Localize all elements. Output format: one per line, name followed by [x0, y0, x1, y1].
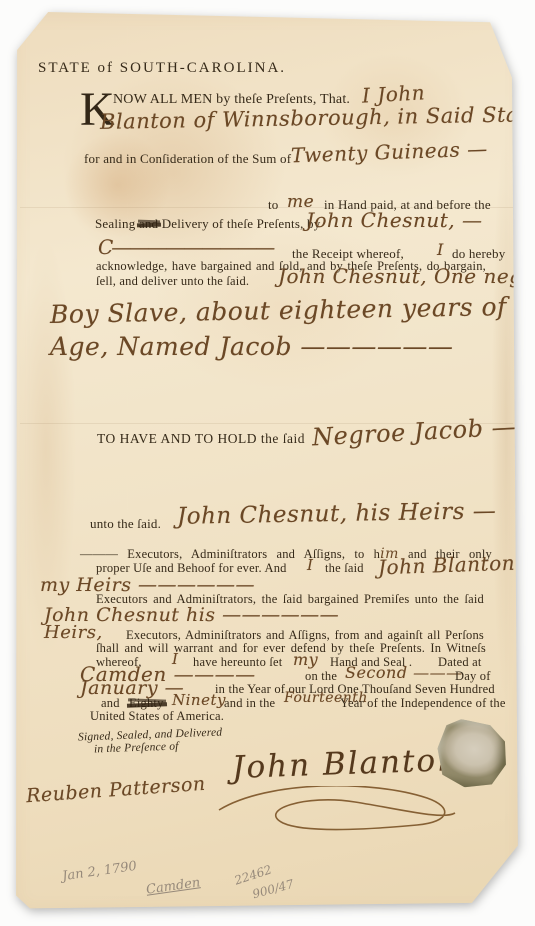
execution-printed-j: Year of the Independence of the	[340, 696, 506, 711]
execution-hand-year: Ninety	[172, 691, 226, 709]
execution-hand-day: Second ———	[345, 663, 463, 682]
warranty-printed-g: ſhall and will warrant and for ever defe…	[96, 641, 486, 656]
struck-word-and: and	[139, 216, 158, 232]
consideration-printed: for and in Conſideration of the Sum of	[84, 151, 291, 167]
to-printed: to	[268, 197, 279, 213]
warranty-dash: ———	[80, 547, 118, 561]
pencil-date: Jan 2, 1790	[61, 859, 137, 884]
warranty-hand-heirs2: Heirs,	[44, 622, 103, 643]
sealing-line: Sealing and Delivery of theſe Preſents, …	[95, 216, 320, 232]
slave-desc-hand: Boy Slave, about eighteen years of	[50, 292, 507, 329]
photo-background: STATE of SOUTH-CAROLINA. K NOW ALL MEN b…	[0, 0, 535, 926]
document-paper-wrap: STATE of SOUTH-CAROLINA. K NOW ALL MEN b…	[0, 0, 535, 926]
unto-printed: unto the ſaid.	[90, 516, 161, 532]
warranty-printed-a: Executors, Adminiſtrators and Aſſigns, t…	[118, 547, 380, 561]
slave-name-hand: Age, Named Jacob ——————	[50, 332, 453, 361]
payer-hand: John Chesnut, —	[306, 208, 482, 232]
warranty-hand-grantor: John Blanton	[378, 551, 516, 580]
execution-printed-i: and in the	[224, 696, 275, 711]
wax-seal	[433, 716, 512, 792]
receipt-printed-d: ſell, and deliver unto the ſaid.	[96, 274, 249, 289]
document-paper: STATE of SOUTH-CAROLINA. K NOW ALL MEN b…	[0, 0, 535, 926]
receipt-flourish-hand: C—————————	[98, 235, 273, 259]
sealing-printed-a: Sealing	[95, 216, 135, 231]
pencil-place: Camden	[145, 875, 201, 897]
receipt-hand-i: I	[437, 240, 444, 259]
unto-hand: John Chesnut, his Heirs —	[177, 498, 497, 530]
execution-hand-my: my	[293, 650, 318, 669]
attest-line-2: in the Preſence of	[94, 741, 179, 756]
amount-hand: Twenty Guineas —	[291, 137, 488, 168]
warranty-printed-d: the ſaid	[325, 561, 364, 576]
habendum-hand: Negroe Jacob —	[311, 413, 516, 452]
signature-flourish	[213, 786, 461, 838]
execution-printed-k: United States of America.	[90, 709, 224, 724]
witness-signature: Reuben Patterson	[25, 773, 206, 807]
grantee-hand: John Chesnut, One negro	[278, 264, 535, 288]
warranty-hand-i: I	[307, 556, 313, 574]
habendum-printed: TO HAVE AND TO HOLD the ſaid	[97, 431, 305, 447]
paper-stain	[6, 170, 86, 730]
state-title: STATE of SOUTH-CAROLINA.	[38, 60, 286, 77]
sealing-printed-b: Delivery of theſe Preſents, by	[162, 216, 321, 231]
signature: John Blanton	[231, 742, 459, 786]
